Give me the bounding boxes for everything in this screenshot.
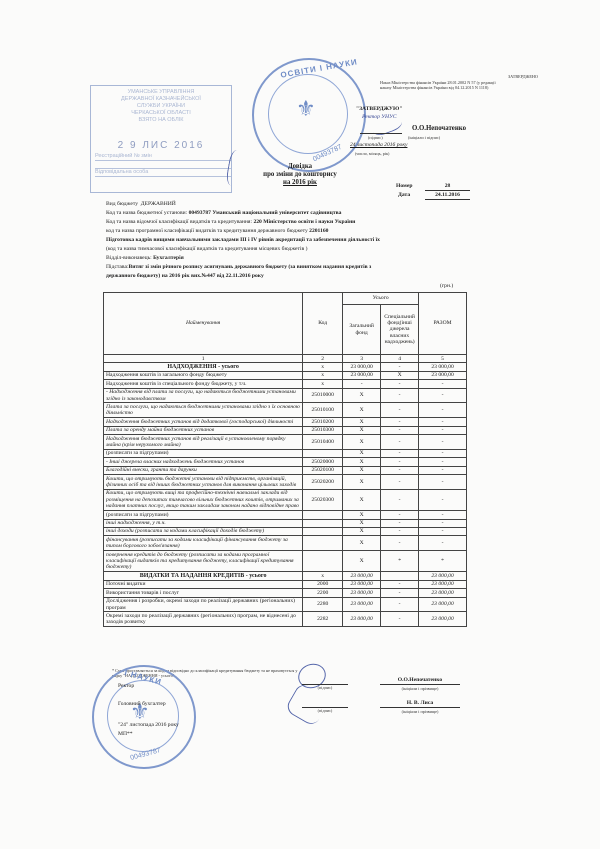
cell-total: - <box>419 449 467 457</box>
cell-general: Х <box>343 475 381 490</box>
cell-code: 2280 <box>303 597 343 612</box>
cell-general: Х <box>343 511 381 519</box>
cell-special: - <box>381 380 419 388</box>
cell-total: 23 000,00 <box>419 572 467 580</box>
cell-general: Х <box>343 449 381 457</box>
cell-name: Благодійні внески, гранти та дарунки <box>104 466 303 474</box>
signature-caption: (підпис) <box>368 135 383 140</box>
table-row: Кошти, що отримують бюджетні установи ві… <box>104 475 467 490</box>
cell-total: 23 000,00 <box>419 363 467 371</box>
table-row: Надходження коштів із спеціального фонду… <box>104 380 467 388</box>
order-line-2: наказу Міністерства фінансів України від… <box>380 85 600 90</box>
cell-name: Кошти, що отримують бюджетні установи ві… <box>104 475 303 490</box>
cell-code: 25020000 <box>303 458 343 466</box>
cell-name: ВИДАТКИ ТА НАДАННЯ КРЕДИТІВ - усього <box>104 572 303 580</box>
cell-name: інші надходження, у т.ч. <box>104 519 303 527</box>
cell-code: х <box>303 363 343 371</box>
table-row: інші надходження, у т.ч.Х-- <box>104 519 467 527</box>
cell-code: 25010100 <box>303 403 343 418</box>
cell-general: Х <box>343 466 381 474</box>
cell-special: - <box>381 449 419 457</box>
cell-special: - <box>381 418 419 426</box>
cell-name: Поточні видатки <box>104 580 303 588</box>
date-caption: (число, місяць, рік) <box>355 151 389 156</box>
cell-name: Плата за послуги, що надаються бюджетним… <box>104 403 303 418</box>
cell-code: 25010400 <box>303 435 343 450</box>
cell-name: Окремі заходи по реалізації державних (р… <box>104 612 303 627</box>
cell-code: х <box>303 380 343 388</box>
cell-name: Надходження бюджетних установ від реаліз… <box>104 435 303 450</box>
cell-general: 23 000,00 <box>343 572 381 580</box>
cell-code: 25010300 <box>303 426 343 434</box>
cell-total: 23 000,00 <box>419 589 467 597</box>
cell-total: - <box>419 489 467 510</box>
cell-name: Надходження коштів із загального фонду б… <box>104 371 303 379</box>
cell-code: х <box>303 572 343 580</box>
cell-total: - <box>419 511 467 519</box>
cell-code: 2000 <box>303 580 343 588</box>
table-body: НАДХОДЖЕННЯ - усьогох23 000,00-23 000,00… <box>104 363 467 627</box>
table-row: (розписати за підгрупами)Х-- <box>104 449 467 457</box>
cell-general: Х <box>343 458 381 466</box>
table-row: Кошти, що отримують вищі та професійно-т… <box>104 489 467 510</box>
cell-general: Х <box>343 426 381 434</box>
cell-general: 23 000,00 <box>343 371 381 379</box>
column-number: 1 <box>104 355 303 363</box>
table-row: (розписати за підгрупами)Х-- <box>104 511 467 519</box>
cell-name: Надходження коштів із спеціального фонду… <box>104 380 303 388</box>
cell-total: - <box>419 426 467 434</box>
number-label: Номер <box>396 183 412 190</box>
cell-total: - <box>419 475 467 490</box>
cell-total: - <box>419 527 467 535</box>
cell-code: 25010200 <box>303 418 343 426</box>
trident-icon: ⚜ <box>296 96 316 122</box>
treasury-stamp-field: Реєстраційний № змін <box>95 153 231 161</box>
rector-label: Ректор <box>118 683 134 690</box>
table-row: НАДХОДЖЕННЯ - усьогох23 000,00-23 000,00 <box>104 363 467 371</box>
treasury-stamp-line: СЛУЖБИ УКРАЇНИ <box>91 103 231 110</box>
cell-total: 23 000,00 <box>419 580 467 588</box>
cell-name: - Надходження від плати за послуги, що н… <box>104 388 303 403</box>
cell-code <box>303 519 343 527</box>
cell-name: Плата за оренду майна бюджетних установ <box>104 426 303 434</box>
treasury-stamp-line <box>91 124 231 131</box>
cell-special: - <box>381 426 419 434</box>
cell-general: - <box>343 380 381 388</box>
currency-unit: (грн.) <box>440 283 453 290</box>
cell-total: - <box>419 536 467 551</box>
cell-total: 23 000,00 <box>419 371 467 379</box>
cell-special <box>381 572 419 580</box>
accountant-signature-caption: (підпис) <box>302 708 348 713</box>
header-general-fund: Загальний фонд <box>343 305 381 355</box>
budget-type: Вид бюджету ДЕРЖАВНИЙ <box>106 201 506 208</box>
treasury-stamp-line <box>91 131 231 138</box>
cell-special: - <box>381 597 419 612</box>
cell-total: - <box>419 418 467 426</box>
table-row: Окремі заходи по реалізації державних (р… <box>104 612 467 627</box>
approver-name: О.О.Непочатенко <box>412 125 466 134</box>
cell-code: 2282 <box>303 612 343 627</box>
rector-name-caption: (ініціали і прізвище) <box>380 686 460 691</box>
table-row: Плата за оренду майна бюджетних установ2… <box>104 426 467 434</box>
treasury-stamp-line: ВЗЯТО НА ОБЛІК <box>91 117 231 124</box>
cell-special: - <box>381 511 419 519</box>
cell-total: - <box>419 458 467 466</box>
cell-code <box>303 536 343 551</box>
temp-classification: (код та назва тимчасової класифікації ви… <box>106 246 526 253</box>
table-row: інші доходи (розписати за кодами класифі… <box>104 527 467 535</box>
cell-code <box>303 551 343 572</box>
cell-code: х <box>303 371 343 379</box>
cell-general: Х <box>343 536 381 551</box>
cell-total: * <box>419 551 467 572</box>
cell-general: 23 000,00 <box>343 597 381 612</box>
executor: Відділ-виконавець: Бухгалтерія <box>106 255 526 262</box>
cell-special: - <box>381 589 419 597</box>
cell-general: Х <box>343 527 381 535</box>
header-total: РАЗОМ <box>419 293 467 355</box>
cell-special: - <box>381 466 419 474</box>
cell-code: 2200 <box>303 589 343 597</box>
table-row: Поточні видатки200023 000,00-23 000,00 <box>104 580 467 588</box>
cell-special: - <box>381 363 419 371</box>
column-numbers-row: 12345 <box>104 355 467 363</box>
approval-stamp-title: "ЗАТВЕРДЖУЮ" <box>356 106 402 113</box>
treasury-stamp-date: 2 9 ЛИС 2016 <box>91 142 231 149</box>
cell-total: 23 000,00 <box>419 597 467 612</box>
table-row: Дослідження і розробки, окремі заходи по… <box>104 597 467 612</box>
accountant-name: Н. В. Лиса <box>380 700 460 707</box>
cell-special: - <box>381 612 419 627</box>
treasury-stamp-line: ДЕРЖАВНОЇ КАЗНАЧЕЙСЬКОЇ <box>91 96 231 103</box>
signing-date: "24" листопада 2016 року <box>118 722 179 729</box>
cell-special: * <box>381 551 419 572</box>
column-number: 4 <box>381 355 419 363</box>
department-classification: Код та назва відомчої класифікації видат… <box>106 219 526 226</box>
table-row: Використання товарів і послуг220023 000,… <box>104 589 467 597</box>
cell-code <box>303 449 343 457</box>
cell-code: 25020100 <box>303 466 343 474</box>
cell-special: - <box>381 388 419 403</box>
table-row: ВИДАТКИ ТА НАДАННЯ КРЕДИТІВ - усьогох23 … <box>104 572 467 580</box>
cell-total: - <box>419 466 467 474</box>
table-row: фінансування (розписати за кодами класиф… <box>104 536 467 551</box>
cell-general: 23 000,00 <box>343 612 381 627</box>
table-row: Благодійні внески, гранти та дарунки2502… <box>104 466 467 474</box>
accountant-name-caption: (ініціали і прізвище) <box>380 709 460 714</box>
estimate-changes-table: Найменування Код Усього РАЗОМ Загальний … <box>103 292 467 627</box>
cell-special: - <box>381 475 419 490</box>
table-row: Надходження бюджетних установ від додатк… <box>104 418 467 426</box>
mp-label: МП** <box>118 731 133 738</box>
cell-name: (розписати за підгрупами) <box>104 449 303 457</box>
cell-general: Х <box>343 435 381 450</box>
header-total-group: Усього <box>343 293 419 305</box>
cell-name: Дослідження і розробки, окремі заходи по… <box>104 597 303 612</box>
cell-name: повернення кредитів до бюджету (розписат… <box>104 551 303 572</box>
date-value: 24.11.2016 <box>425 192 470 200</box>
table-row: Плата за послуги, що надаються бюджетним… <box>104 403 467 418</box>
cell-code: 25020200 <box>303 475 343 490</box>
treasury-stamp-line: ЧЕРКАСЬКОЇ ОБЛАСТІ <box>91 110 231 117</box>
treasury-stamp-lines: УМАНСЬКЕ УПРАВЛІННЯДЕРЖАВНОЇ КАЗНАЧЕЙСЬК… <box>91 89 231 138</box>
header-special-fund: Спеціальний фонд(інші джерела власних на… <box>381 305 419 355</box>
cell-general: 23 000,00 <box>343 363 381 371</box>
column-number: 2 <box>303 355 343 363</box>
cell-name: інші доходи (розписати за кодами класифі… <box>104 527 303 535</box>
accountant-label: Головний бухгалтер <box>118 701 166 708</box>
cell-name: (розписати за підгрупами) <box>104 511 303 519</box>
cell-special: - <box>381 403 419 418</box>
cell-special: Х <box>381 371 419 379</box>
cell-special: - <box>381 580 419 588</box>
cell-code: 25010000 <box>303 388 343 403</box>
cell-name: Кошти, що отримують вищі та професійно-т… <box>104 489 303 510</box>
cell-general: Х <box>343 388 381 403</box>
table-row: Надходження коштів із загального фонду б… <box>104 371 467 379</box>
cell-special: - <box>381 435 419 450</box>
number-value: 28 <box>425 183 470 191</box>
name-caption: (ініціали і підпис) <box>408 135 440 140</box>
basis: Підстава:Витяг зі змін річного розпису а… <box>106 264 546 271</box>
cell-code <box>303 511 343 519</box>
doc-year: на 2016 рік <box>200 179 400 188</box>
column-number: 5 <box>419 355 467 363</box>
treasury-stamp-line: УМАНСЬКЕ УПРАВЛІННЯ <box>91 89 231 96</box>
basis-line-2: державного бюджету) на 2016 рік вих.№447… <box>106 273 546 280</box>
cell-name: фінансування (розписати за кодами класиф… <box>104 536 303 551</box>
cell-name: Надходження бюджетних установ від додатк… <box>104 418 303 426</box>
cell-name: Використання товарів і послуг <box>104 589 303 597</box>
cell-total: - <box>419 403 467 418</box>
table-row: - Надходження від плати за послуги, що н… <box>104 388 467 403</box>
cell-general: Х <box>343 551 381 572</box>
university-seal-top: ⚜ 00493787 ОСВІТИ І НАУКИ <box>252 58 366 172</box>
program-name: Підготовка кадрів вищими навчальними зак… <box>106 237 546 244</box>
column-number: 3 <box>343 355 381 363</box>
cell-total: - <box>419 519 467 527</box>
university-seal-bottom: ⚜ 00493787 І НАУКИ <box>92 665 196 769</box>
cell-special: - <box>381 489 419 510</box>
cell-general: Х <box>343 489 381 510</box>
cell-general: Х <box>343 418 381 426</box>
cell-total: - <box>419 435 467 450</box>
cell-special: - <box>381 458 419 466</box>
date-label: Дата <box>398 192 410 199</box>
rector-name: О.О.Непочатенко <box>380 677 460 684</box>
institution: Код та назва бюджетної установи: 0049378… <box>106 210 526 217</box>
approval-date: 24 листопада 2016 року <box>350 142 407 149</box>
program-classification: код та назва програмної класифікації вид… <box>106 228 526 235</box>
cell-general: 23 000,00 <box>343 589 381 597</box>
table-row: повернення кредитів до бюджету (розписат… <box>104 551 467 572</box>
header-code: Код <box>303 293 343 355</box>
cell-code: 25020300 <box>303 489 343 510</box>
cell-special: - <box>381 536 419 551</box>
cell-code <box>303 527 343 535</box>
table-row: Надходження бюджетних установ від реаліз… <box>104 435 467 450</box>
cell-general: Х <box>343 403 381 418</box>
cell-special: - <box>381 519 419 527</box>
cell-total: - <box>419 388 467 403</box>
cell-name: НАДХОДЖЕННЯ - усього <box>104 363 303 371</box>
cell-general: 23 000,00 <box>343 580 381 588</box>
cell-name: - Інші джерела власних надходжень бюджет… <box>104 458 303 466</box>
cell-general: Х <box>343 519 381 527</box>
cell-total: 23 000,00 <box>419 612 467 627</box>
document-page: УМАНСЬКЕ УПРАВЛІННЯДЕРЖАВНОЇ КАЗНАЧЕЙСЬК… <box>0 0 600 849</box>
approved-label: ЗАТВЕРДЖЕНО <box>448 74 598 79</box>
header-name: Найменування <box>104 293 303 355</box>
table-row: - Інші джерела власних надходжень бюджет… <box>104 458 467 466</box>
cell-total: - <box>419 380 467 388</box>
cell-special: - <box>381 527 419 535</box>
